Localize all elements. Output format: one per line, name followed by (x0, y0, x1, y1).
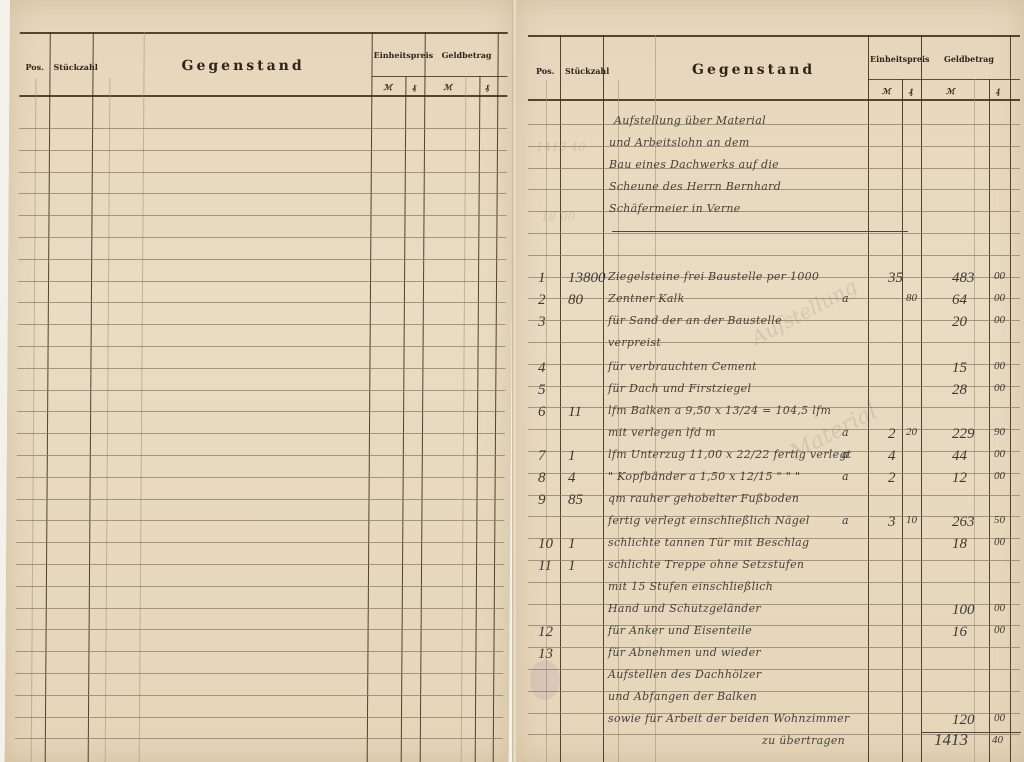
ruled-line (528, 647, 1020, 648)
entry-amount-pf: 00 (994, 292, 1005, 304)
header-unit-pf: ₰ (909, 86, 913, 96)
ruled-line (18, 281, 506, 282)
ruled-line (19, 172, 507, 173)
entry-amount-mark: 20 (952, 314, 967, 331)
entry-pos: 7 (538, 448, 546, 465)
entry-amount-mark: 44 (952, 448, 967, 465)
right-page-grid: Pos. Stückzahl Gegenstand Einheitspreis … (516, 0, 1024, 762)
ruled-line (528, 233, 1020, 234)
ruled-line (17, 477, 505, 478)
entry-amount-pf: 90 (994, 426, 1005, 438)
left-page: Pos. Stückzahl Gegenstand Einheitspreis … (5, 0, 514, 762)
entry-amount-pf: 00 (994, 382, 1005, 394)
entry-pos: 2 (538, 292, 546, 309)
header-unit-mark: ℳ (443, 82, 452, 92)
entry-amount-mark: 100 (952, 602, 975, 619)
ruled-line (528, 604, 1020, 605)
entry-amount-mark: 28 (952, 382, 967, 399)
entry-pos: 12 (538, 624, 553, 641)
ruled-line (17, 455, 505, 456)
entry-unit-mark: 3 (888, 514, 896, 531)
entry-pos: 4 (538, 360, 546, 377)
right-page: Pos. Stückzahl Gegenstand Einheitspreis … (516, 0, 1024, 762)
entry-amount-pf: 00 (994, 712, 1005, 724)
left-page-grid: Pos. Stückzahl Gegenstand Einheitspreis … (5, 0, 514, 762)
ruled-line (19, 150, 507, 151)
entry-amount-mark: 16 (952, 624, 967, 641)
ruled-line (18, 324, 506, 325)
entry-amount-pf: 00 (994, 536, 1005, 548)
ruled-line (18, 259, 506, 260)
header-unit-mark: ℳ (946, 86, 955, 96)
ruled-line (528, 582, 1020, 583)
ruled-line (528, 364, 1020, 365)
entry-qty: 1 (568, 536, 576, 553)
ruled-line (15, 651, 503, 652)
entry-qty: 1 (568, 448, 576, 465)
entry-description: mit verlegen lfd m (608, 426, 716, 439)
entry-description: sowie für Arbeit der beiden Wohnzimmer (608, 712, 850, 725)
entry-amount-mark: 64 (952, 292, 967, 309)
entry-amount-mark: 263 (952, 514, 975, 531)
entry-description: für Dach und Firstziegel (608, 382, 751, 395)
entry-description: qm rauher gehobelter Fußboden (608, 492, 799, 505)
carry-over-label: zu übertragen (762, 734, 845, 747)
entry-pos: 9 (538, 492, 546, 509)
entry-description: schlichte Treppe ohne Setzstufen (608, 558, 804, 571)
ruled-line (528, 211, 1020, 212)
entry-mark: a (842, 448, 849, 461)
entry-pos: 3 (538, 314, 546, 331)
ruled-line (528, 669, 1020, 670)
entry-unit-pf: 80 (906, 292, 917, 304)
ruled-line (17, 411, 505, 412)
entry-qty: 1 (568, 558, 576, 575)
header-einheitspreis: Einheitspreis (374, 50, 434, 60)
ruled-line (18, 237, 506, 238)
entry-amount-pf: 00 (994, 624, 1005, 636)
header-geldbetrag: Geldbetrag (944, 54, 994, 64)
title-line: Aufstellung über Material (614, 114, 766, 127)
entry-unit-mark: 2 (888, 470, 896, 487)
header-unit-mark: ℳ (882, 86, 891, 96)
entry-unit-pf: 10 (906, 514, 917, 526)
ruled-line (19, 193, 507, 194)
ruled-line (528, 298, 1020, 299)
ruled-line (16, 586, 504, 587)
entry-qty: 13800 (568, 270, 606, 287)
entry-pos: 8 (538, 470, 546, 487)
entry-amount-pf: 50 (994, 514, 1005, 526)
ruled-line (16, 608, 504, 609)
entry-description: mit 15 Stufen einschließlich (608, 580, 773, 593)
entry-amount-pf: 00 (994, 470, 1005, 482)
ruled-line (15, 717, 503, 718)
entry-mark: a (842, 470, 849, 483)
entry-pos: 11 (538, 558, 552, 575)
entry-description: fertig verlegt einschließlich Nägel (608, 514, 810, 527)
ruled-line (528, 255, 1020, 256)
ruled-line (528, 342, 1020, 343)
title-line: und Arbeitslohn an dem (609, 136, 750, 149)
ruled-line (18, 215, 506, 216)
header-geldbetrag: Geldbetrag (442, 50, 492, 60)
ruled-line (19, 128, 507, 129)
header-unit-pf: ₰ (485, 82, 489, 92)
ruled-line (15, 695, 503, 696)
entry-qty: 80 (568, 292, 583, 309)
title-line: Scheune des Herrn Bernhard (609, 180, 781, 193)
ruled-line (528, 124, 1020, 125)
header-pos: Pos. (536, 66, 554, 76)
entry-description: für verbrauchten Cement (608, 360, 757, 373)
entry-amount-pf: 00 (994, 448, 1005, 460)
entry-amount-mark: 15 (952, 360, 967, 377)
entry-amount-mark: 12 (952, 470, 967, 487)
entry-unit-pf: 20 (906, 426, 917, 438)
ruled-line (528, 386, 1020, 387)
carry-over-pf: 40 (992, 734, 1003, 746)
entry-pos: 5 (538, 382, 546, 399)
ruled-line (16, 542, 504, 543)
entry-pos: 10 (538, 536, 553, 553)
entry-amount-mark: 229 (952, 426, 975, 443)
entry-pos: 6 (538, 404, 546, 421)
ruled-line (17, 368, 505, 369)
header-pos: Pos. (25, 62, 44, 72)
entry-description: Zentner Kalk (608, 292, 685, 305)
entry-amount-pf: 00 (994, 602, 1005, 614)
ruled-line (17, 390, 505, 391)
entry-amount-mark: 18 (952, 536, 967, 553)
ruled-line (17, 433, 505, 434)
entry-unit-mark: 4 (888, 448, 896, 465)
entry-description: schlichte tannen Tür mit Beschlag (608, 536, 809, 549)
header-gegenstand: Gegenstand (692, 62, 815, 78)
ruled-line (15, 673, 503, 674)
entry-mark: a (842, 514, 849, 527)
header-stueckzahl: Stückzahl (53, 62, 97, 72)
ruled-line (16, 629, 504, 630)
entry-description: " Kopfbänder a 1,50 x 12/15 " " " (608, 470, 800, 483)
entry-qty: 11 (568, 404, 582, 421)
entry-pos: 1 (538, 270, 546, 287)
ruled-line (528, 625, 1020, 626)
entry-unit-mark: 35 (888, 270, 903, 287)
entry-description: verpreist (608, 336, 661, 349)
ruled-line (17, 499, 505, 500)
ruled-line (16, 564, 504, 565)
entry-description: Ziegelsteine frei Baustelle per 1000 (608, 270, 819, 283)
entry-amount-pf: 00 (994, 314, 1005, 326)
ruled-line (528, 429, 1020, 430)
entry-qty: 85 (568, 492, 583, 509)
ruled-line (18, 302, 506, 303)
header-einheitspreis: Einheitspreis (870, 54, 930, 64)
entry-description: lfm Balken a 9,50 x 13/24 = 104,5 lfm (608, 404, 831, 417)
header-gegenstand: Gegenstand (181, 58, 304, 74)
entry-description: und Abfangen der Balken (608, 690, 757, 703)
carry-over-mark: 1413 (934, 730, 968, 750)
entry-description: für Abnehmen und wieder (608, 646, 761, 659)
entry-amount-mark: 483 (952, 270, 975, 287)
header-unit-pf: ₰ (996, 86, 1000, 96)
entry-description: für Anker und Eisenteile (608, 624, 752, 637)
entry-description: Hand und Schutzgeländer (608, 602, 761, 615)
ruled-line (16, 520, 504, 521)
ruled-line (528, 691, 1020, 692)
ruled-line (528, 146, 1020, 147)
header-unit-pf: ₰ (412, 82, 416, 92)
title-line: Bau eines Dachwerks auf die (609, 158, 779, 171)
entry-amount-pf: 00 (994, 360, 1005, 372)
entry-unit-mark: 2 (888, 426, 896, 443)
header-stueckzahl: Stückzahl (565, 66, 609, 76)
entry-amount-pf: 00 (994, 270, 1005, 282)
entry-description: Aufstellen des Dachhölzer (608, 668, 761, 681)
entry-amount-mark: 120 (952, 712, 975, 729)
entry-qty: 4 (568, 470, 576, 487)
ruled-line (15, 738, 503, 739)
header-unit-mark: ℳ (383, 82, 392, 92)
ruled-line (18, 346, 506, 347)
title-line: Schäfermeier in Verne (609, 202, 741, 215)
